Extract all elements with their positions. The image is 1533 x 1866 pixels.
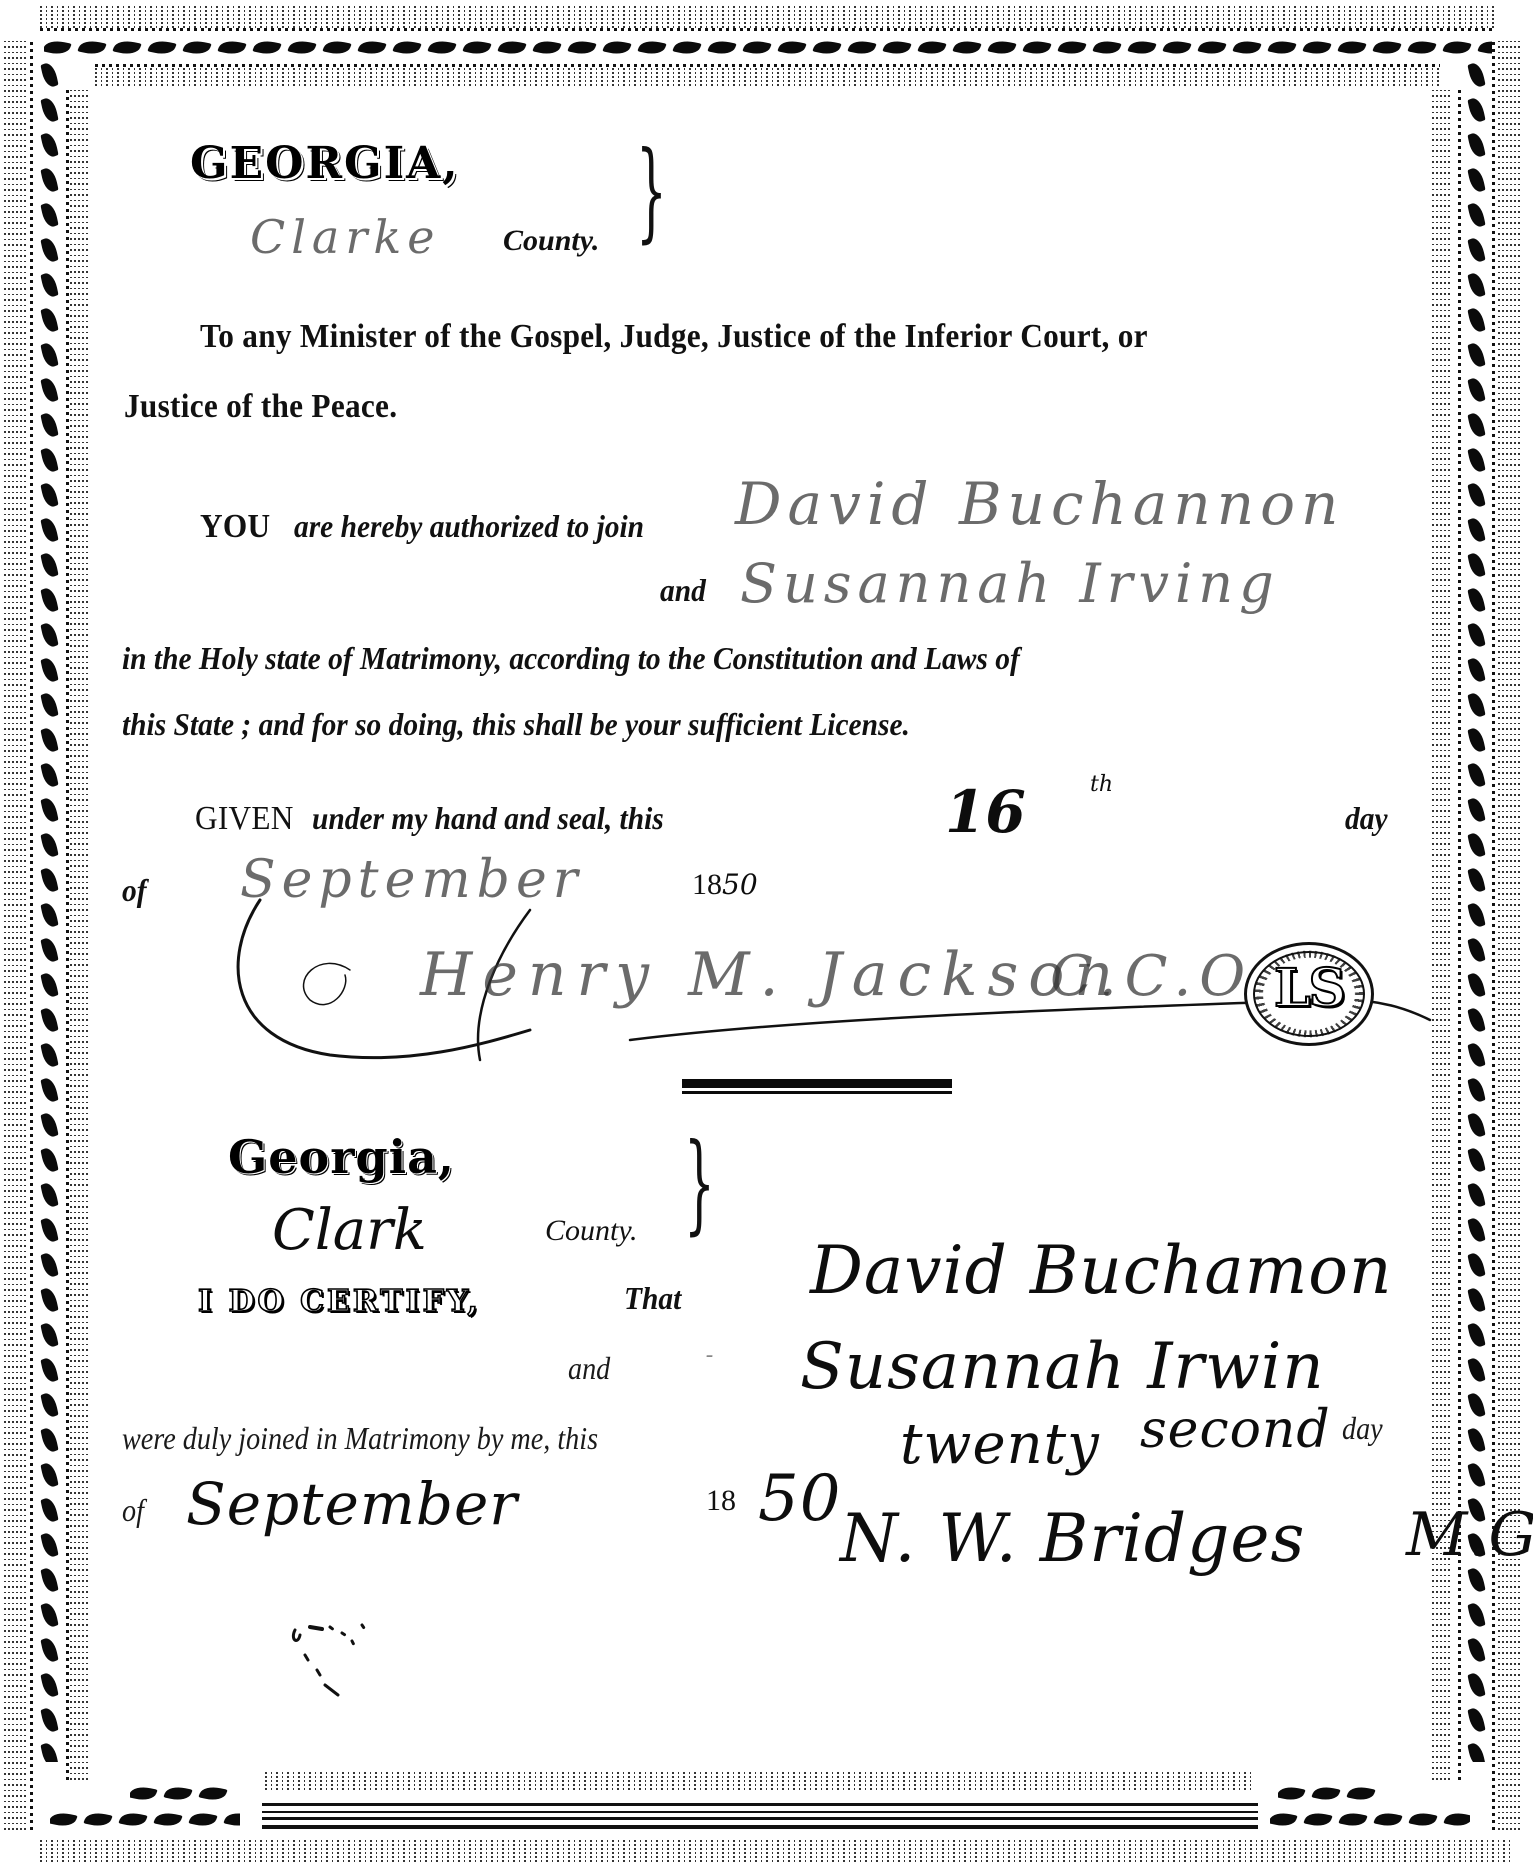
license-address-line-2: Justice of the Peace. — [124, 388, 397, 426]
border-bottom-left-leaf-cluster-upper — [130, 1784, 240, 1804]
clerk-title: C.C.O. — [1050, 944, 1276, 1009]
license-of-label: of — [122, 872, 147, 909]
license-matrimony-line-1: in the Holy state of Matrimony, accordin… — [122, 640, 1020, 677]
license-county-handwritten: Clarke — [250, 210, 440, 264]
section-divider-thick — [682, 1079, 952, 1088]
border-left-dots — [30, 40, 33, 1830]
certificate-brace: } — [684, 1130, 715, 1238]
border-left-outer-fringe — [4, 40, 28, 1830]
license-county-label: County. — [503, 224, 599, 258]
officiant-title: M.G. — [1406, 1500, 1533, 1570]
given-caps: GIVEN — [195, 800, 294, 838]
seal-label: LS — [1247, 963, 1371, 1015]
clerk-signature: Henry M. Jackson — [420, 940, 1123, 1010]
border-bottom-right-leaf-chain — [1270, 1810, 1470, 1830]
certificate-year-printed: 18 — [706, 1484, 736, 1517]
license-authorize-line: YOU are hereby authorized to join — [200, 508, 675, 546]
certificate-day-label: day — [1342, 1410, 1383, 1447]
license-groom-handwritten: David Buchannon — [735, 470, 1344, 538]
license-address-line-1: To any Minister of the Gospel, Judge, Ju… — [200, 318, 1148, 356]
license-bride-handwritten: Susannah Irving — [740, 552, 1280, 615]
certificate-dash: – — [706, 1348, 713, 1364]
border-top-outer-fringe — [40, 6, 1495, 28]
border-top-inner-dots — [95, 64, 1440, 67]
certificate-year: 18 — [706, 1484, 736, 1518]
border-bottom-right-leaf-cluster-upper — [1278, 1784, 1388, 1804]
authorize-caps: YOU — [200, 508, 270, 546]
border-top-inner-fringe — [95, 68, 1440, 86]
certificate-month-handwritten: September — [186, 1470, 518, 1538]
certificate-of-label: of — [122, 1492, 144, 1529]
border-top-leaf-chain — [44, 38, 1492, 58]
certificate-state-heading: Georgia, — [228, 1130, 455, 1184]
certificate-day-word-2: second — [1140, 1400, 1331, 1460]
border-left-inner-dots — [66, 90, 69, 1780]
border-bottom-rules — [262, 1795, 1258, 1835]
license-and-label: and — [660, 572, 706, 609]
border-bottom-left-leaf-chain — [50, 1810, 240, 1830]
border-left-inner-fringe — [70, 90, 90, 1780]
border-top-dots — [40, 28, 1495, 31]
certificate-year-handwritten: 50 — [758, 1462, 841, 1536]
license-brace: } — [636, 138, 667, 246]
certificate-and-label: and — [568, 1350, 610, 1387]
certificate-groom-handwritten: David Buchamon — [810, 1232, 1393, 1309]
certificate-day-word-1: twenty — [900, 1412, 1100, 1477]
license-matrimony-line-2: this State ; and for so doing, this shal… — [122, 706, 910, 743]
authorize-text: are hereby authorized to join — [294, 508, 644, 545]
license-given-day: 16 — [945, 778, 1026, 846]
border-bottom-outer-fringe — [40, 1838, 1510, 1862]
officiant-signature: N. W. Bridges — [840, 1500, 1305, 1577]
certificate-joined-text: were duly joined in Matrimony by me, thi… — [122, 1420, 598, 1457]
license-day-label: day — [1345, 800, 1388, 837]
certify-caps: I DO CERTIFY, — [198, 1284, 481, 1319]
border-left-leaf-chain — [40, 62, 60, 1762]
license-given-day-suffix: th — [1090, 772, 1113, 797]
section-divider-thin — [682, 1091, 952, 1094]
given-text: under my hand and seal, this — [312, 800, 664, 837]
stray-ink-mark — [290, 1615, 380, 1695]
border-bottom-upper-fringe — [265, 1770, 1255, 1790]
license-given-line: GIVEN under my hand and seal, this — [195, 800, 695, 838]
certificate-county-label: County. — [545, 1214, 638, 1248]
certificate-county-handwritten: Clark — [272, 1198, 427, 1263]
certificate-bride-handwritten: Susannah Irwin — [800, 1330, 1325, 1404]
license-state-heading: GEORGIA, — [190, 138, 460, 189]
seal-ls: LS — [1244, 942, 1374, 1046]
certify-that: That — [624, 1280, 681, 1317]
